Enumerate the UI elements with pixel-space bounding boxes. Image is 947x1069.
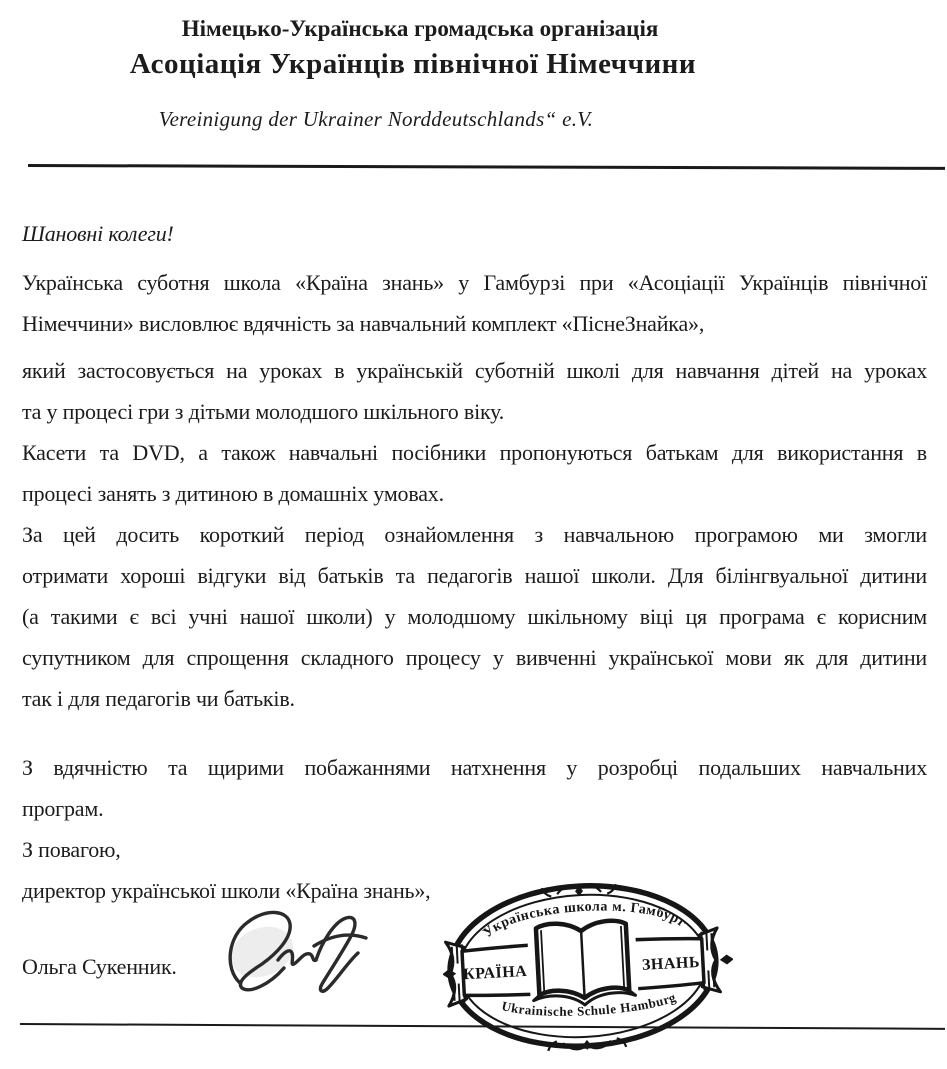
org-name-line: Асоціація Українців північної Німеччини [0,48,826,81]
letter-line: який застосовується на уроках в українсь… [22,350,927,391]
salutation-line: Шановні колеги! [22,213,927,254]
letter-line: так і для педагогів чи батьків. [22,678,927,719]
letter-line: та у процесі гри з дітьми молодшого шкіл… [22,391,927,432]
letter-body: Шановні колеги! Українська суботня школа… [22,213,927,987]
letter-line: (а такими є всі учні нашої школи) у моло… [22,596,927,637]
letter-line: Німеччини» висловлює вдячність за навчал… [22,303,927,344]
letter-line: З вдячністю та щирими побажаннями натхне… [22,747,927,788]
org-name-german-line: Vereinigung der Ukrainer Norddeutschland… [0,107,752,132]
stamp-ribbon-right-text: ЗНАНЬ [642,954,701,974]
letter-line: За цей досить короткий період ознайомлен… [22,514,927,555]
letter-line: процесі занять з дитиною в домашніх умов… [22,473,927,514]
letter-line: отримати хороші відгуки від батьків та п… [22,555,927,596]
letterhead-divider-rule [28,164,945,170]
letter-line: Касети та DVD, а також навчальні посібни… [22,432,927,473]
school-stamp-seal: Українська школа м. Гамбург Ukrainische … [443,879,733,1057]
letter-line: Українська суботня школа «Країна знань» … [22,262,927,303]
org-type-line: Німецько-Українська громадська організац… [0,16,840,42]
letter-line: програм. [22,788,927,829]
letter-line: супутником для спрощення складного проце… [22,637,927,678]
stamp-ribbon-left-text: КРАЇНА [463,962,528,983]
handwritten-signature [218,898,378,1003]
sign-off-line: З повагою, [22,829,927,870]
scanned-letter-page: Німецько-Українська громадська організац… [0,0,947,1069]
